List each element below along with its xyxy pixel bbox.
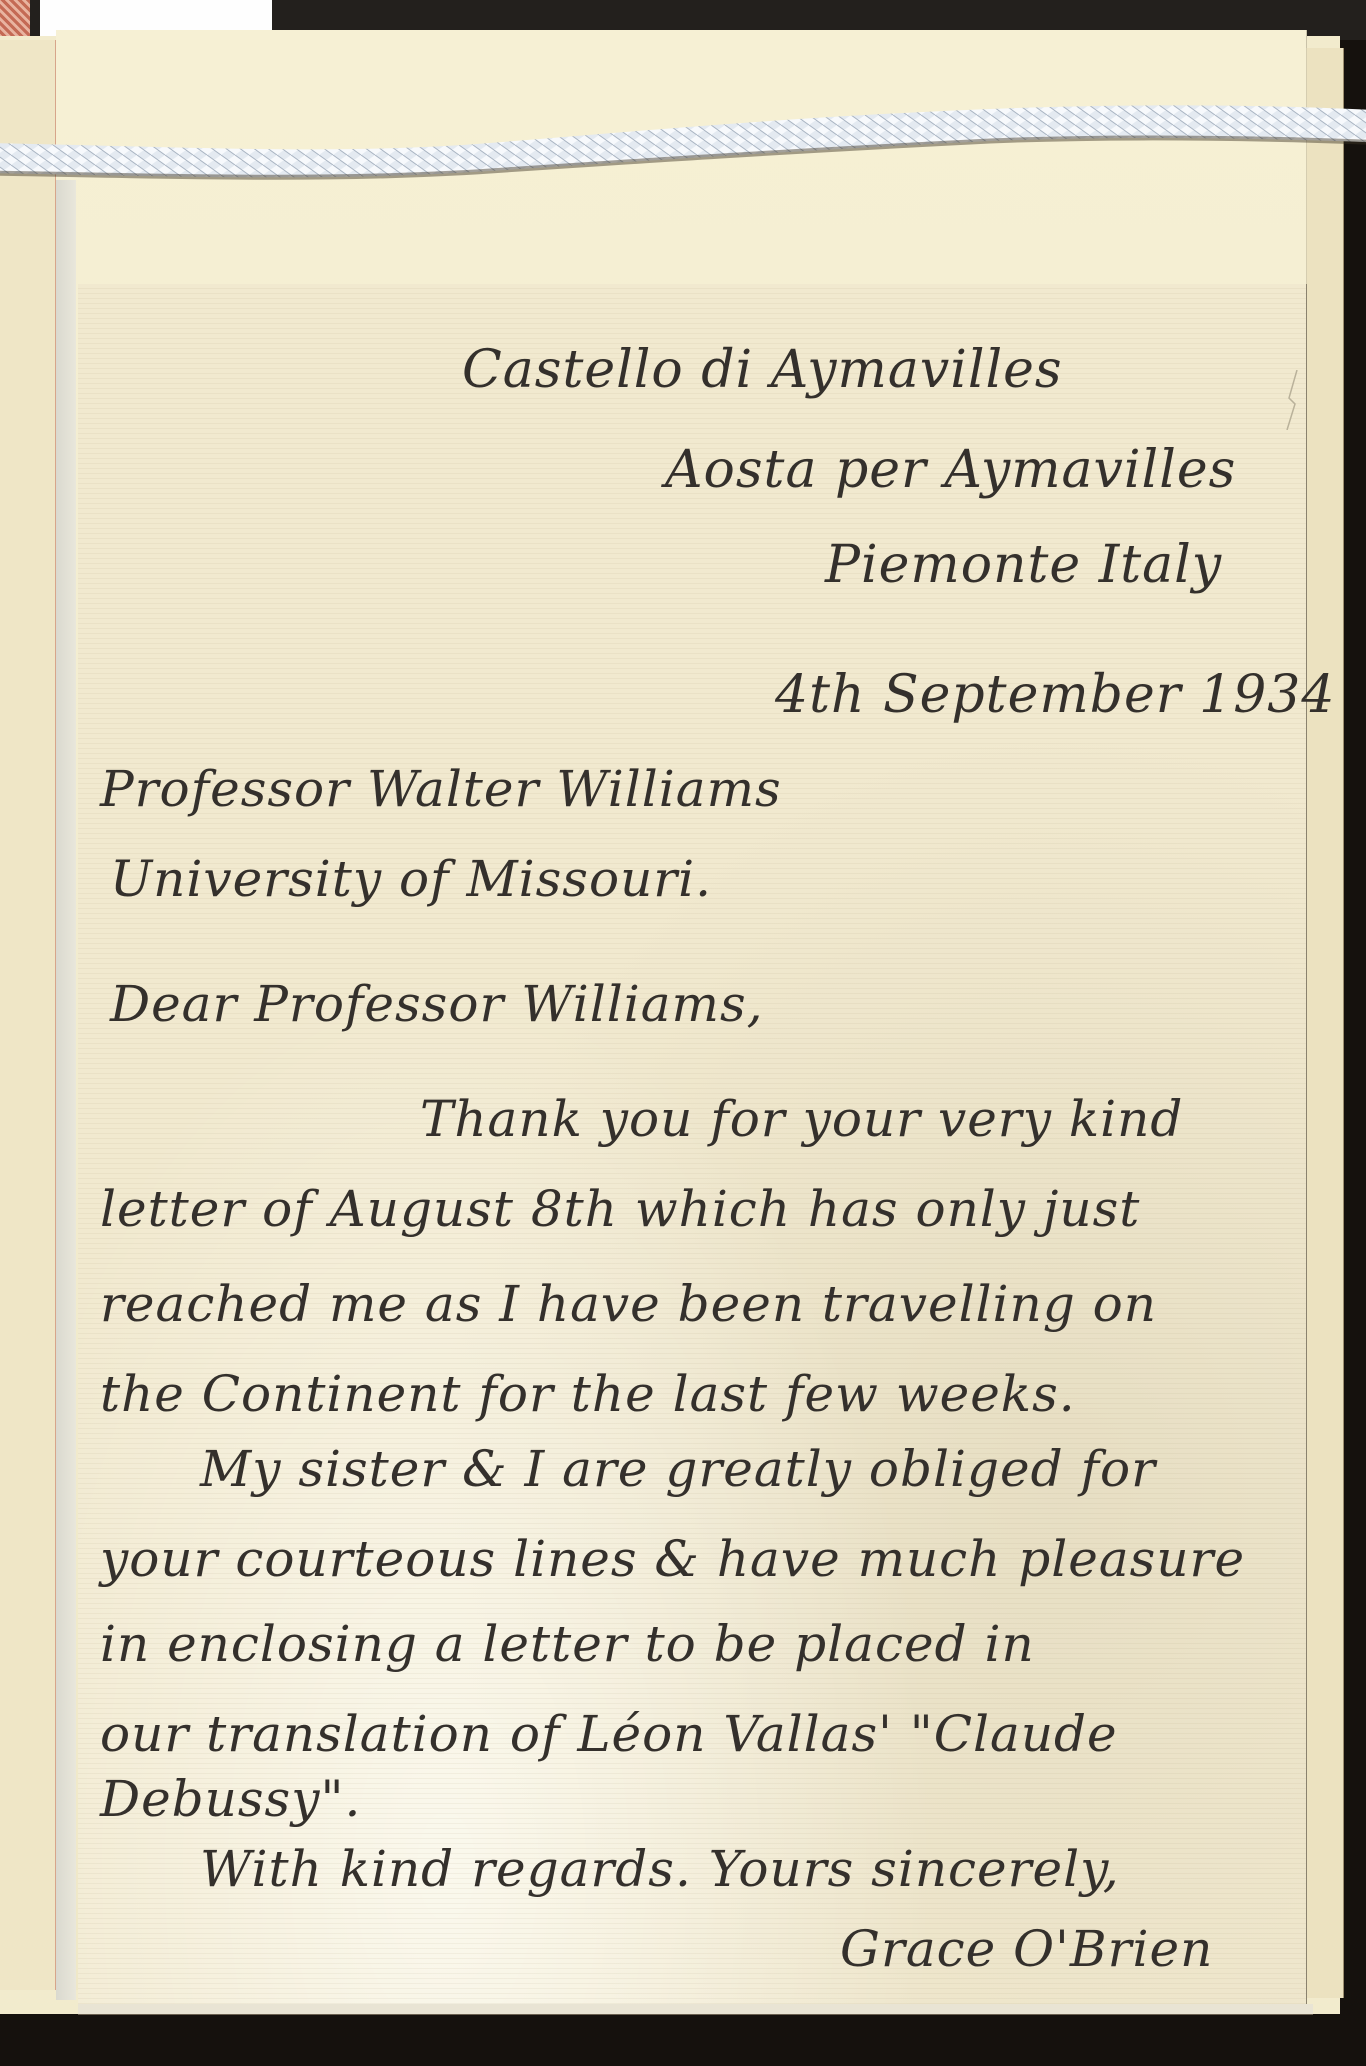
white-cord-bookmark [0, 95, 1366, 185]
recipient-name: Professor Walter Williams [100, 760, 782, 818]
body-line: the Continent for the last few weeks. [100, 1365, 1076, 1423]
body-line: in enclosing a letter to be placed in [100, 1615, 1035, 1673]
address-line-2: Aosta per Aymavilles [665, 440, 1236, 500]
body-line: letter of August 8th which has only just [100, 1180, 1140, 1238]
paper-tear-mark [1285, 370, 1299, 430]
signature: Grace O'Brien [840, 1920, 1213, 1978]
address-line-1: Castello di Aymavilles [462, 340, 1063, 400]
body-line: our translation of Léon Vallas' "Claude [100, 1705, 1118, 1763]
closing: With kind regards. Yours sincerely, [200, 1840, 1120, 1898]
under-sheet-edge [78, 2004, 1313, 2015]
binding-gutter [56, 180, 76, 2000]
recipient-institution: University of Missouri. [110, 850, 712, 908]
salutation: Dear Professor Williams, [110, 975, 764, 1033]
body-line: your courteous lines & have much pleasur… [100, 1530, 1245, 1588]
left-facing-page [0, 40, 56, 1990]
page-stack-edge [1306, 48, 1344, 1998]
body-line: Debussy". [100, 1770, 361, 1828]
letter-date: 4th September 1934 [775, 665, 1335, 725]
body-line: Thank you for your very kind [420, 1090, 1183, 1148]
address-line-3: Piemonte Italy [825, 535, 1222, 595]
body-line: My sister & I are greatly obliged for [200, 1440, 1156, 1498]
body-line: reached me as I have been travelling on [100, 1275, 1157, 1333]
